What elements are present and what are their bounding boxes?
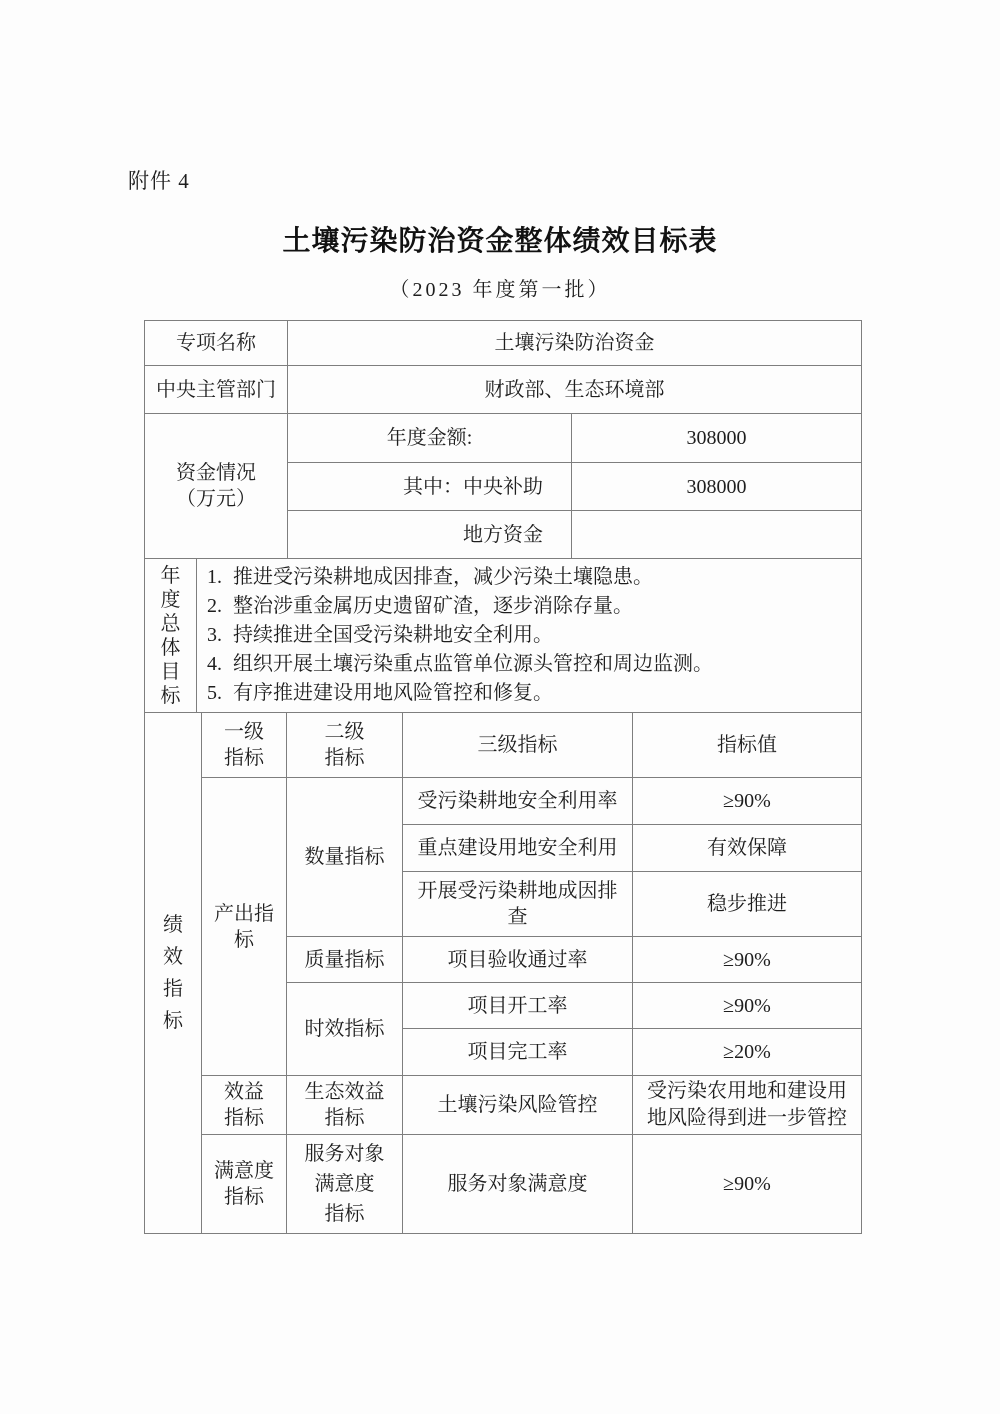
table-row: 产出指 标 数量指标 受污染耕地安全利用率 ≥90% [145, 778, 862, 825]
goal-item: 1. 推进受污染耕地成因排查，减少污染土壤隐患。 [205, 563, 853, 592]
central-dept-label: 中央主管部门 [145, 366, 288, 414]
document-page: 附件 4 土壤污染防治资金整体绩效目标表 （2023 年度第一批） 专项名称 土… [0, 0, 1000, 1414]
indicators-section-label: 绩 效 指 标 [145, 713, 202, 1234]
indicators-table: 绩 效 指 标 一级 指标 二级 指标 三级指标 指标值 产出指 标 数量指标 … [144, 712, 862, 1234]
indicator-value: 稳步推进 [633, 872, 862, 937]
level1-satisfaction: 满意度 指标 [202, 1135, 287, 1234]
indicator-name: 服务对象满意度 [403, 1135, 633, 1234]
goal-item: 4. 组织开展土壤污染重点监管单位源头管控和周边监测。 [205, 650, 853, 679]
indicator-value: ≥90% [633, 778, 862, 825]
goal-number: 5. [205, 679, 233, 708]
header-level2: 二级 指标 [287, 713, 403, 778]
indicator-name: 开展受污染耕地成因排 查 [403, 872, 633, 937]
indicator-name: 受污染耕地安全利用率 [403, 778, 633, 825]
header-value: 指标值 [633, 713, 862, 778]
attachment-label: 附件 4 [128, 165, 190, 195]
table-row: 专项名称 土壤污染防治资金 [145, 321, 862, 366]
goal-number: 1. [205, 563, 233, 592]
goal-item: 5. 有序推进建设用地风险管控和修复。 [205, 679, 853, 708]
indicator-name: 项目开工率 [403, 983, 633, 1029]
header-level1: 一级 指标 [202, 713, 287, 778]
central-dept-value: 财政部、生态环境部 [288, 366, 862, 414]
goal-text: 整治涉重金属历史遗留矿渣，逐步消除存量。 [233, 592, 853, 621]
funding-central-subsidy-value: 308000 [572, 463, 862, 511]
indicator-name: 土壤污染风险管控 [403, 1076, 633, 1135]
indicator-value: 受污染农用地和建设用 地风险得到进一步管控 [633, 1076, 862, 1135]
funding-local-funds-value [572, 511, 862, 559]
goal-number: 4. [205, 650, 233, 679]
goal-item: 3. 持续推进全国受污染耕地安全利用。 [205, 621, 853, 650]
page-title: 土壤污染防治资金整体绩效目标表 [0, 219, 1000, 259]
table-row: 效益 指标 生态效益 指标 土壤污染风险管控 受污染农用地和建设用 地风险得到进… [145, 1076, 862, 1135]
table-row: 绩 效 指 标 一级 指标 二级 指标 三级指标 指标值 [145, 713, 862, 778]
info-table: 专项名称 土壤污染防治资金 中央主管部门 财政部、生态环境部 资金情况 （万元）… [144, 320, 862, 559]
goal-text: 有序推进建设用地风险管控和修复。 [233, 679, 853, 708]
page-subtitle: （2023 年度第一批） [0, 273, 1000, 302]
indicator-value: ≥90% [633, 937, 862, 983]
tables-container: 专项名称 土壤污染防治资金 中央主管部门 财政部、生态环境部 资金情况 （万元）… [144, 320, 863, 1234]
goal-number: 3. [205, 621, 233, 650]
level2-service-satisfaction: 服务对象 满意度 指标 [287, 1135, 403, 1234]
funding-central-subsidy-label: 其中：中央补助 [288, 463, 572, 511]
level2-timeliness: 时效指标 [287, 983, 403, 1076]
annual-goals-label: 年 度 总 体 目 标 [145, 559, 197, 713]
level2-eco-benefit: 生态效益 指标 [287, 1076, 403, 1135]
goal-text: 持续推进全国受污染耕地安全利用。 [233, 621, 853, 650]
funding-label: 资金情况 （万元） [145, 414, 288, 559]
table-row: 满意度 指标 服务对象 满意度 指标 服务对象满意度 ≥90% [145, 1135, 862, 1234]
indicator-name: 项目验收通过率 [403, 937, 633, 983]
funding-annual-amount-label: 年度金额: [288, 414, 572, 463]
funding-annual-amount-value: 308000 [572, 414, 862, 463]
annual-goals-list: 1. 推进受污染耕地成因排查，减少污染土壤隐患。 2. 整治涉重金属历史遗留矿渣… [197, 559, 862, 713]
table-row: 年 度 总 体 目 标 1. 推进受污染耕地成因排查，减少污染土壤隐患。 2. … [145, 559, 862, 713]
annual-goals-table: 年 度 总 体 目 标 1. 推进受污染耕地成因排查，减少污染土壤隐患。 2. … [144, 558, 862, 713]
project-name-value: 土壤污染防治资金 [288, 321, 862, 366]
indicator-value: ≥90% [633, 1135, 862, 1234]
indicator-value: 有效保障 [633, 825, 862, 872]
level2-quantity: 数量指标 [287, 778, 403, 937]
goal-item: 2. 整治涉重金属历史遗留矿渣，逐步消除存量。 [205, 592, 853, 621]
table-row: 中央主管部门 财政部、生态环境部 [145, 366, 862, 414]
indicator-name: 项目完工率 [403, 1029, 633, 1076]
indicator-name: 重点建设用地安全利用 [403, 825, 633, 872]
indicator-value: ≥20% [633, 1029, 862, 1076]
goal-number: 2. [205, 592, 233, 621]
goal-text: 推进受污染耕地成因排查，减少污染土壤隐患。 [233, 563, 853, 592]
project-name-label: 专项名称 [145, 321, 288, 366]
level2-quality: 质量指标 [287, 937, 403, 983]
funding-local-funds-label: 地方资金 [288, 511, 572, 559]
level1-output: 产出指 标 [202, 778, 287, 1076]
indicator-value: ≥90% [633, 983, 862, 1029]
header-level3: 三级指标 [403, 713, 633, 778]
goal-text: 组织开展土壤污染重点监管单位源头管控和周边监测。 [233, 650, 853, 679]
level1-benefit: 效益 指标 [202, 1076, 287, 1135]
table-row: 资金情况 （万元） 年度金额: 308000 [145, 414, 862, 463]
